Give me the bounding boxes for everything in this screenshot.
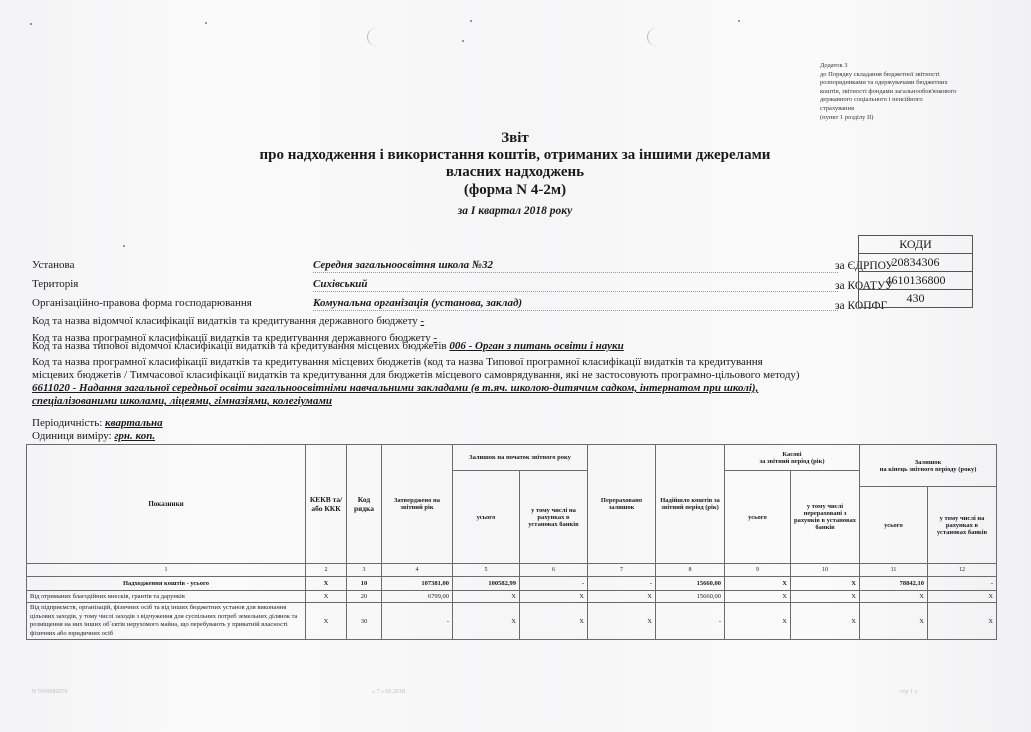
- periodicity-value: квартальна: [105, 417, 163, 429]
- kopfg-code: 430: [859, 290, 973, 308]
- unit-value: грн. коп.: [114, 430, 155, 442]
- row-approved: 6799,00: [382, 591, 453, 603]
- header-end-total: усього: [860, 487, 928, 564]
- dept-state-value: -: [420, 315, 424, 327]
- row-cash-banks: Х: [791, 591, 860, 603]
- codes-header: КОДИ: [859, 236, 973, 254]
- col-number: 6: [520, 564, 588, 577]
- col-number: 10: [791, 564, 860, 577]
- row-start-total: Х: [453, 603, 520, 640]
- territory-value: Сихівський: [313, 278, 838, 292]
- header-indicators: Показники: [27, 445, 306, 564]
- row-cash-banks: Х: [791, 577, 860, 591]
- header-cash-sub: за звітний період (рік): [728, 458, 856, 465]
- row-end-banks: -: [928, 577, 997, 591]
- report-table: Показники КЕКВ та/або ККК Код рядка Затв…: [26, 444, 997, 640]
- header-balance-start: Залишок на початок звітного року: [453, 445, 588, 471]
- header-balance-end-sub: на кінець звітного періоду (року): [863, 466, 993, 473]
- col-number: 5: [453, 564, 520, 577]
- appendix-line: державного соціального і пенсійного: [820, 96, 1020, 105]
- row-name: Надходження коштів - усього: [27, 577, 306, 591]
- punch-hole: [367, 28, 386, 46]
- typical-local-value: 006 - Орган з питань освіти і науки: [449, 340, 623, 352]
- row-approved: -: [382, 603, 453, 640]
- row-transferred: Х: [588, 591, 656, 603]
- row-code: 20: [347, 591, 382, 603]
- row-start-total: Х: [453, 591, 520, 603]
- document-page: Додаток 3 до Порядку складання бюджетної…: [0, 0, 1031, 732]
- row-transferred: -: [588, 577, 656, 591]
- legal-form-label: Організаційно-правова форма господарюван…: [32, 297, 252, 309]
- prog-local-line2: місцевих бюджетів / Тимчасової класифіка…: [32, 369, 800, 381]
- col-number: 8: [656, 564, 725, 577]
- institution-label: Установа: [32, 259, 75, 271]
- row-kekv: Х: [306, 577, 347, 591]
- typical-local-line: Код та назва типової відомчої класифікац…: [32, 340, 624, 352]
- unit-line: Одиниця виміру: грн. коп.: [32, 430, 155, 442]
- table-row-total: Надходження коштів - усього Х 10 107381,…: [27, 577, 997, 591]
- row-received: 15660,00: [656, 577, 725, 591]
- row-cash-total: Х: [725, 577, 791, 591]
- row-name: Від підприємств, організацій, фізичних о…: [27, 603, 306, 640]
- header-end-banks: у тому числі на рахунках в установах бан…: [928, 487, 997, 564]
- appendix-line: розпорядниками та одержувачами бюджетних: [820, 79, 1020, 88]
- row-start-banks: -: [520, 577, 588, 591]
- row-code: 30: [347, 603, 382, 640]
- prog-local-value2: спеціалізованими школами, ліцеями, гімна…: [32, 395, 332, 407]
- row-end-total: 78842,10: [860, 577, 928, 591]
- header-cash-banks: у тому числі перераховані з рахунків в у…: [791, 471, 860, 564]
- periodicity-label: Періодичність:: [32, 417, 102, 429]
- appendix-line: коштів, звітності фондами загальнообов'я…: [820, 88, 1020, 97]
- form-number: (форма N 4-2м): [250, 181, 780, 199]
- header-approved: Затверджено на звітний рік: [382, 445, 453, 564]
- territory-label: Територія: [32, 278, 78, 290]
- footer-center: « 7 » 05.2018: [372, 689, 405, 695]
- col-number: 1: [27, 564, 306, 577]
- appendix-note: Додаток 3 до Порядку складання бюджетної…: [820, 62, 1020, 122]
- appendix-line: (пункт 1 розділу II): [820, 114, 1020, 123]
- appendix-line: Додаток 3: [820, 62, 1020, 71]
- unit-label: Одиниця виміру:: [32, 430, 112, 442]
- row-end-banks: Х: [928, 603, 997, 640]
- row-end-total: Х: [860, 591, 928, 603]
- header-row-code: Код рядка: [347, 445, 382, 564]
- edrpou-code: 20834306: [859, 254, 973, 272]
- col-number: 4: [382, 564, 453, 577]
- row-name: Від отриманих благодійних внесків, грант…: [27, 591, 306, 603]
- row-end-total: Х: [860, 603, 928, 640]
- row-start-total: 100582,99: [453, 577, 520, 591]
- dept-state-label: Код та назва відомчої класифікації видат…: [32, 315, 418, 327]
- table-row: Від отриманих благодійних внесків, грант…: [27, 591, 997, 603]
- footer-left: N 5W0082079: [32, 689, 68, 695]
- codes-table: КОДИ 20834306 4610136800 430: [858, 235, 973, 308]
- header-cash: Касові за звітний період (рік): [725, 445, 860, 471]
- header-kekv: КЕКВ та/або ККК: [306, 445, 347, 564]
- col-number: 3: [347, 564, 382, 577]
- appendix-line: до Порядку складання бюджетної звітності: [820, 71, 1020, 80]
- row-cash-total: Х: [725, 603, 791, 640]
- header-balance-end: Залишок на кінець звітного періоду (року…: [860, 445, 997, 487]
- header-start-banks: у тому числі на рахунках в установах бан…: [520, 471, 588, 564]
- row-received: 15660,00: [656, 591, 725, 603]
- row-code: 10: [347, 577, 382, 591]
- row-kekv: Х: [306, 591, 347, 603]
- prog-local-value1: 6611020 - Надання загальної середньої ос…: [32, 382, 758, 394]
- row-cash-total: Х: [725, 591, 791, 603]
- prog-local-line1: Код та назва програмної класифікації вид…: [32, 356, 763, 368]
- row-transferred: Х: [588, 603, 656, 640]
- row-start-banks: Х: [520, 591, 588, 603]
- row-start-banks: Х: [520, 603, 588, 640]
- header-balance-end-title: Залишок: [863, 459, 993, 466]
- institution-value: Середня загальноосвітня школа №32: [313, 259, 838, 273]
- table-row: Від підприємств, організацій, фізичних о…: [27, 603, 997, 640]
- col-number: 7: [588, 564, 656, 577]
- typical-local-label: Код та назва типової відомчої класифікац…: [32, 340, 447, 352]
- header-transferred: Перераховано залишок: [588, 445, 656, 564]
- periodicity-line: Періодичність: квартальна: [32, 417, 163, 429]
- punch-hole: [647, 28, 666, 46]
- title-line: про надходження і використання коштів, о…: [250, 147, 780, 164]
- koatuu-code: 4610136800: [859, 272, 973, 290]
- col-number: 12: [928, 564, 997, 577]
- title-line: власних надходжень: [250, 164, 780, 181]
- title-line: Звіт: [250, 130, 780, 147]
- col-number: 11: [860, 564, 928, 577]
- header-cash-total: усього: [725, 471, 791, 564]
- row-received: -: [656, 603, 725, 640]
- report-title: Звіт про надходження і використання кошт…: [250, 130, 780, 217]
- row-approved: 107381,00: [382, 577, 453, 591]
- footer-right: стр 1 з: [900, 689, 917, 695]
- col-number: 2: [306, 564, 347, 577]
- col-number: 9: [725, 564, 791, 577]
- report-period: за I квартал 2018 року: [250, 205, 780, 217]
- header-cash-title: Касові: [728, 451, 856, 458]
- legal-form-value: Комунальна організація (установа, заклад…: [313, 297, 838, 311]
- row-end-banks: Х: [928, 591, 997, 603]
- row-kekv: Х: [306, 603, 347, 640]
- header-start-total: усього: [453, 471, 520, 564]
- appendix-line: страхування: [820, 105, 1020, 114]
- row-cash-banks: Х: [791, 603, 860, 640]
- dept-state-line: Код та назва відомчої класифікації видат…: [32, 315, 424, 327]
- header-received: Надійшло коштів за звітний період (рік): [656, 445, 725, 564]
